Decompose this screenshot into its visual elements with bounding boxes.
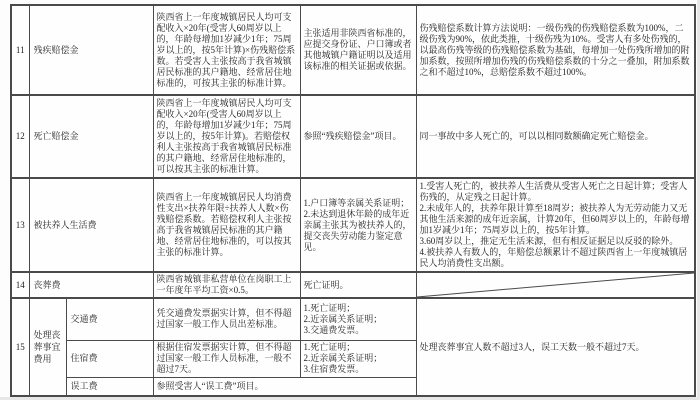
row-number-cell: 13 [11,178,29,272]
table-row: 15 处理丧葬事宜费用 交通费 凭交通费发票据实计算，但不得超过国家一般工作人员… [11,298,695,340]
sub-item-cell: 住宿费 [66,340,153,377]
standard-cell: 陕西省城镇非私营单位在岗职工上一年度年平均工资×0.5。 [153,272,300,298]
table-row: 13 被扶养人生活费 陕西省上一年度城镇居民人均消费性支出×扶养年限÷扶养人人数… [11,178,695,272]
item-name-cell: 死亡赔偿金 [29,95,153,178]
standard-cell: 参照受害人“误工费”项目。 [153,377,416,396]
evidence-cell: 1.户口簿等亲属关系证明； 2.未达到退休年龄的成年近亲属主张其为被扶养人的，提… [300,178,416,272]
note-cell-empty [416,272,695,298]
evidence-cell: 主张适用非陕西省标准的，应提交身份证、户口簿或者其他城镇户籍证明以及适用该标准的… [300,5,416,95]
note-cell: 处理丧葬事宜人数不超过3人，误工天数一般不超过7天。 [416,298,695,396]
table-row: 14 丧葬费 陕西省城镇非私营单位在岗职工上一年度年平均工资×0.5。 死亡证明… [11,272,695,298]
item-name-cell: 丧葬费 [29,272,153,298]
evidence-cell: 死亡证明。 [300,272,416,298]
item-name-cell: 处理丧葬事宜费用 [29,298,66,396]
table-row: 12 死亡赔偿金 陕西省上一年度城镇居民人均可支配收入×20年(受害人60周岁以… [11,95,695,178]
compensation-standards-table: 11 残疾赔偿金 陕西省上一年度城镇居民人均可支配收入×20年(受害人60周岁以… [10,4,696,397]
diagonal-slash [417,273,695,297]
item-name-cell: 残疾赔偿金 [29,5,153,95]
row-number-cell: 15 [11,298,29,396]
standard-cell: 根据住宿发票据实计算，但不得超过国家一般工作人员标准，一般不超过7天。 [153,340,300,377]
sub-item-cell: 误工费 [66,377,153,396]
table-row: 11 残疾赔偿金 陕西省上一年度城镇居民人均可支配收入×20年(受害人60周岁以… [11,5,695,95]
sub-item-cell: 交通费 [66,298,153,340]
standard-cell: 凭交通费发票据实计算，但不得超过国家一般工作人员出差标准。 [153,298,300,340]
row-number-cell: 12 [11,95,29,178]
evidence-cell: 参照“残疾赔偿金”项目。 [300,95,416,178]
note-cell: 1.受害人死亡的，被扶养人生活费从受害人死亡之日起计算；受害人伤残的，从定残之日… [416,178,695,272]
note-cell: 伤残赔偿系数计算方法说明：一级伤残的伤残赔偿系数为100%，二级伤残为90%，依… [416,5,695,95]
standard-cell: 陕西省上一年度城镇居民人均消费性支出×扶养年限÷扶养人人数×伤残赔偿系数。若赔偿… [153,178,300,272]
standard-cell: 陕西省上一年度城镇居民人均可支配收入×20年(受害人60周岁以上的，年龄每增加1… [153,95,300,178]
evidence-cell: 1.死亡证明； 2.近亲属关系证明； 3.住宿费发票。 [300,340,416,377]
row-number-cell: 11 [11,5,29,95]
item-name-cell: 被扶养人生活费 [29,178,153,272]
standard-cell: 陕西省上一年度城镇居民人均可支配收入×20年(受害人60周岁以上的，年龄每增加1… [153,5,300,95]
note-cell: 同一事故中多人死亡的，可以以相同数额确定死亡赔偿金。 [416,95,695,178]
evidence-cell: 1.死亡证明； 2.近亲属关系证明； 3.交通费发票。 [300,298,416,340]
row-number-cell: 14 [11,272,29,298]
